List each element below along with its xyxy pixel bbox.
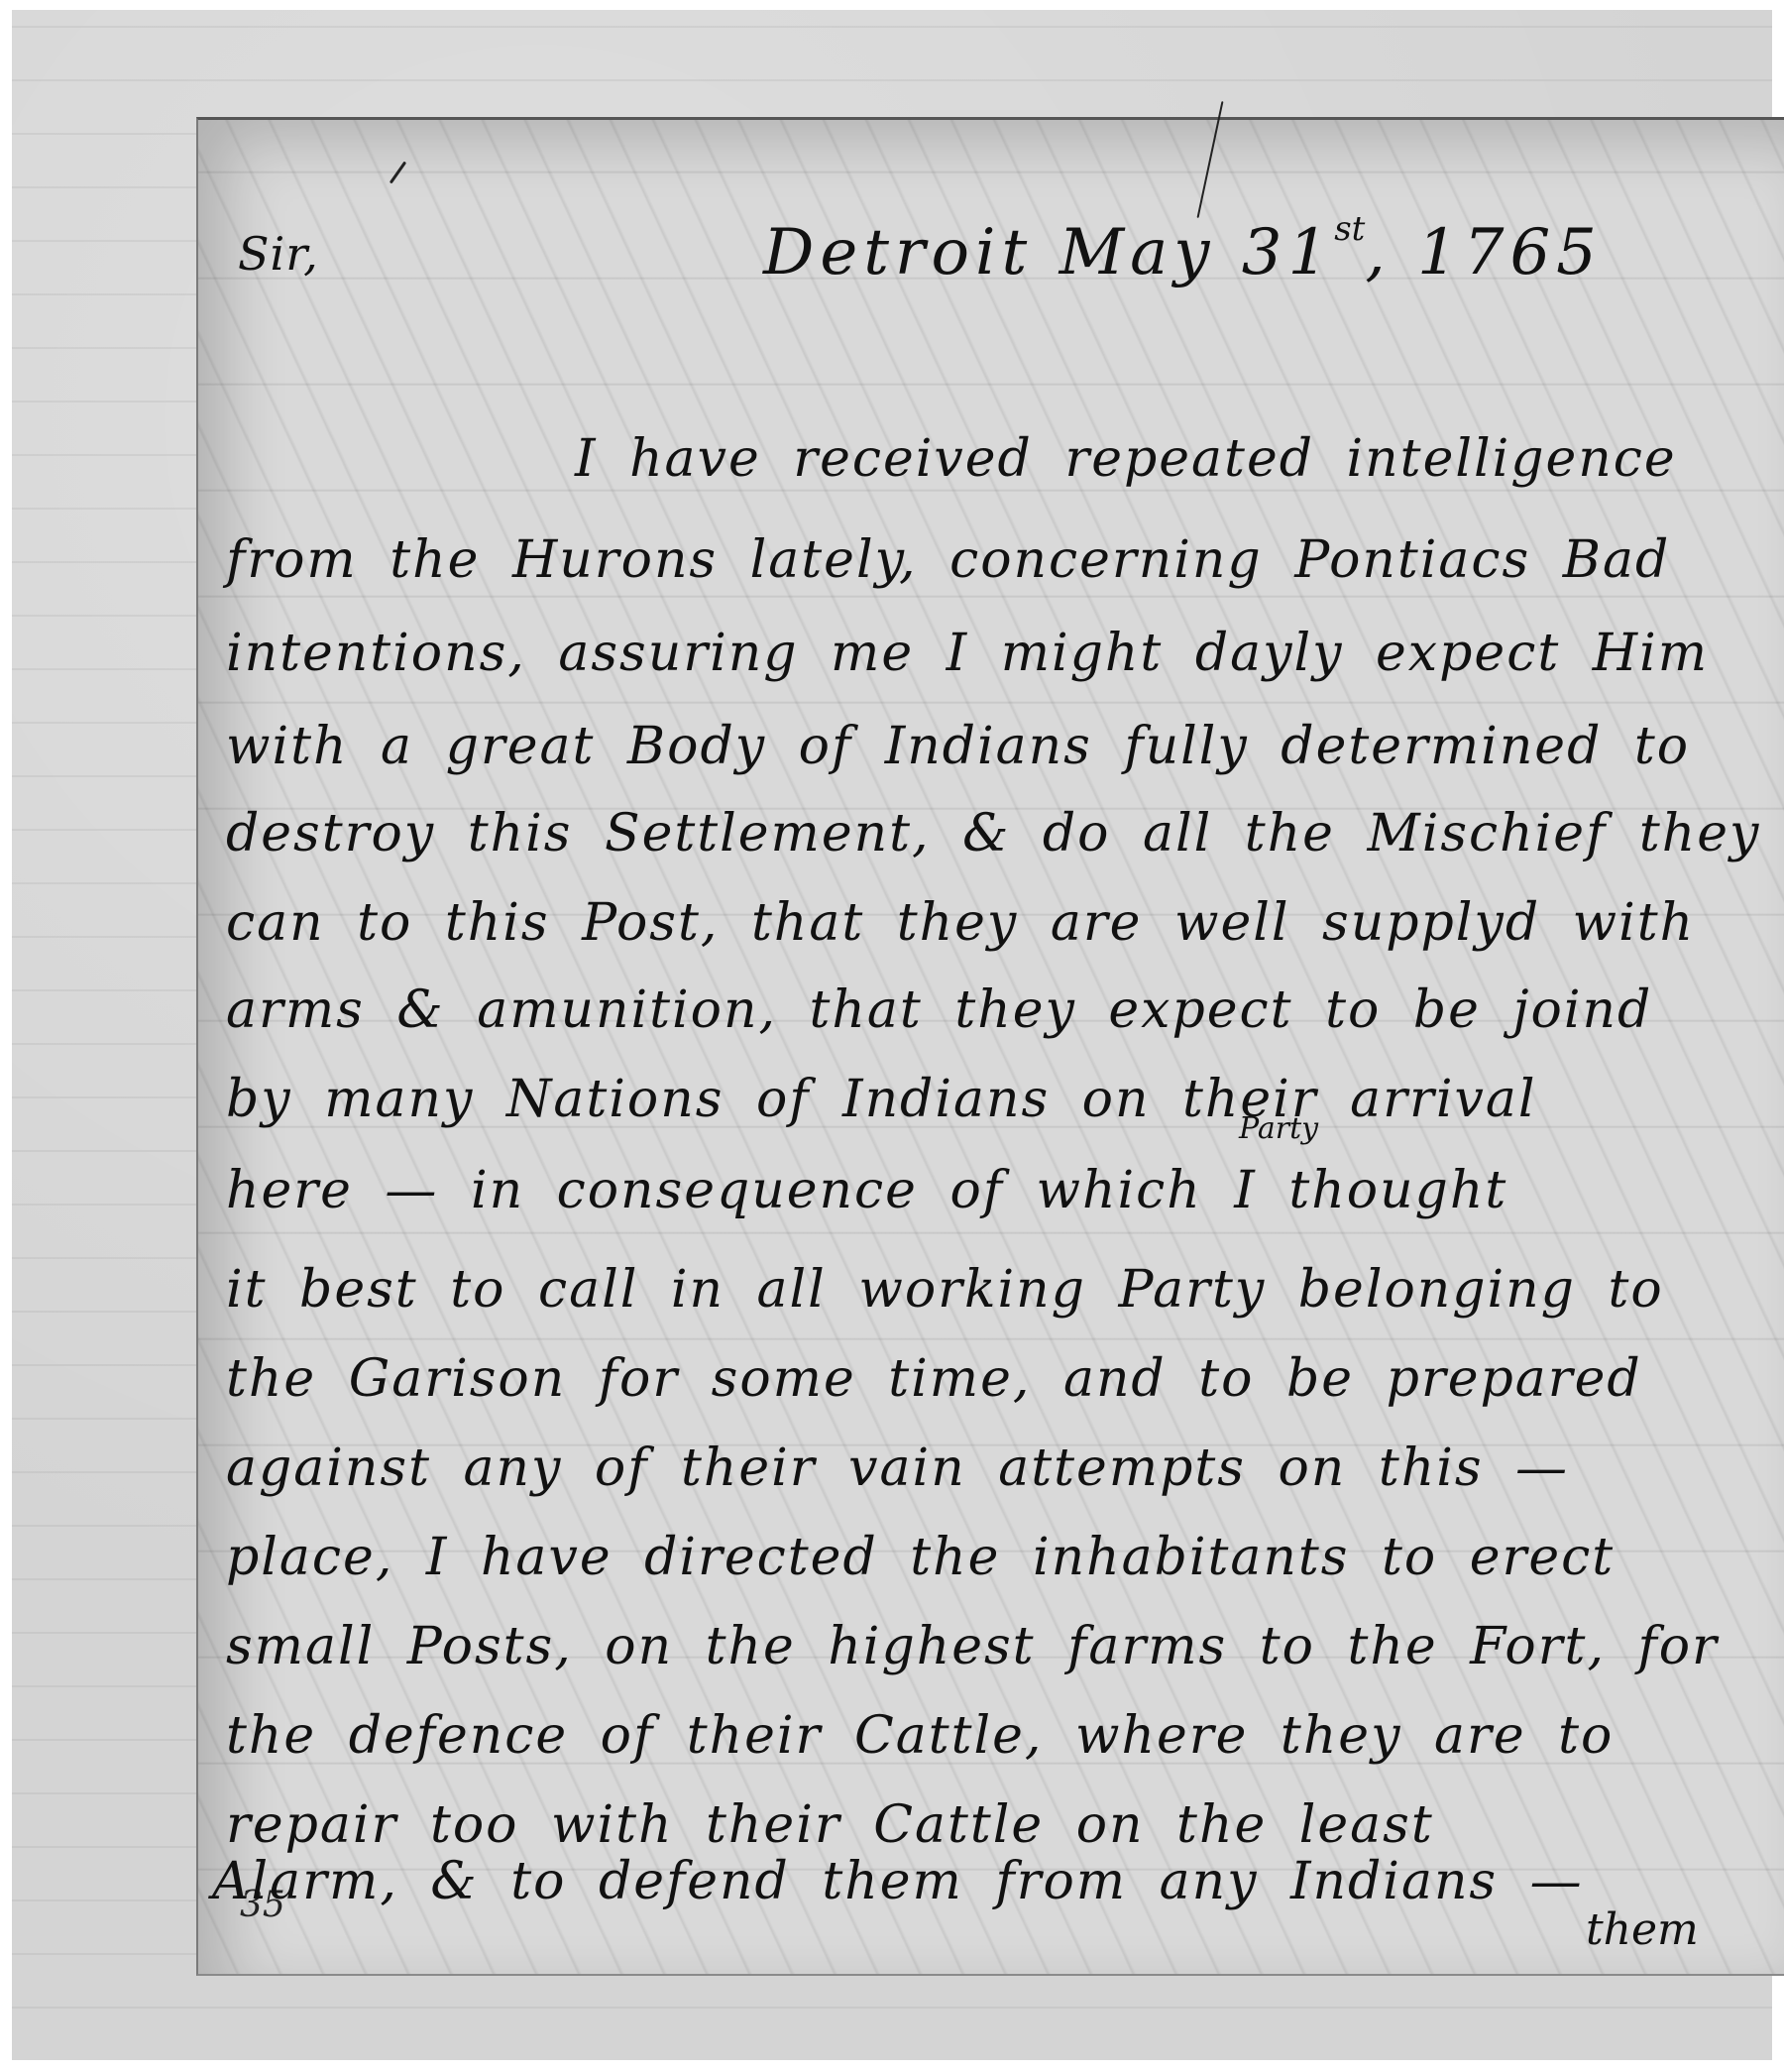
body-line-13: place, I have directed the inhabitants t… — [226, 1528, 1615, 1587]
body-line-1: I have received repeated intelligence — [575, 429, 1677, 489]
date-day-suffix: st — [1334, 209, 1365, 249]
dateline: Detroit May 31st, 1765 — [763, 209, 1603, 289]
body-line-9: here — in consequence of which I thought — [226, 1161, 1507, 1220]
body-line-8: by many Nations of Indians on their arri… — [226, 1070, 1537, 1129]
letter-sheet: Sir, Detroit May 31st, 1765 I have recei… — [196, 117, 1784, 1976]
stray-ink-mark — [1197, 101, 1224, 218]
interlinear-insertion: Party — [1239, 1111, 1318, 1146]
date-place: Detroit — [763, 216, 1033, 289]
body-line-5: destroy this Settlement, & do all the Mi… — [226, 804, 1760, 863]
body-line-10: it best to call in all working Party bel… — [226, 1260, 1664, 1320]
date-day: 31 — [1242, 216, 1334, 289]
body-line-17: Alarm, & to defend them from any Indians… — [212, 1852, 1584, 1911]
date-year: 1765 — [1417, 216, 1603, 289]
salutation: Sir, — [238, 227, 319, 281]
catchword: them — [1586, 1904, 1699, 1955]
date-month: May — [1059, 216, 1216, 289]
body-line-15: the defence of their Cattle, where they … — [226, 1706, 1614, 1766]
body-line-12: against any of their vain attempts on th… — [226, 1439, 1569, 1498]
ink-bleed-through — [198, 120, 1784, 1974]
body-line-2: from the Hurons lately, concerning Ponti… — [226, 530, 1670, 590]
body-line-3: intentions, assuring me I might dayly ex… — [226, 624, 1709, 683]
body-line-7: arms & amunition, that they expect to be… — [226, 980, 1652, 1040]
body-line-14: small Posts, on the highest farms to the… — [226, 1617, 1719, 1676]
body-line-16: repair too with their Cattle on the leas… — [226, 1795, 1434, 1855]
stray-ink-mark — [390, 161, 406, 183]
body-line-4: with a great Body of Indians fully deter… — [226, 717, 1690, 776]
scan-background: Sir, Detroit May 31st, 1765 I have recei… — [12, 10, 1772, 2060]
body-line-6: can to this Post, that they are well sup… — [226, 893, 1695, 953]
body-line-11: the Garison for some time, and to be pre… — [226, 1349, 1642, 1409]
